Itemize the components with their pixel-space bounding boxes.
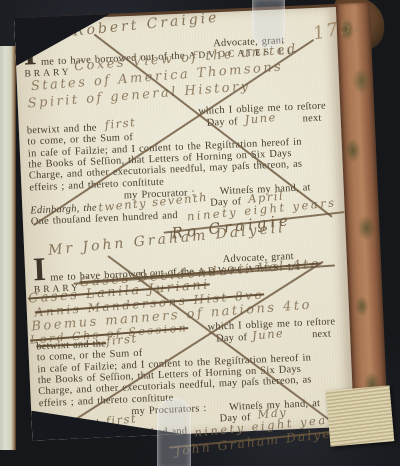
fore-edge-page-stack bbox=[326, 385, 395, 446]
printed-next: next bbox=[312, 328, 331, 340]
handwritten-due-month: June bbox=[251, 326, 284, 343]
book-page: I Mr Robert Craigie Advocate, grant me t… bbox=[14, 2, 388, 440]
facing-page-edge bbox=[0, 46, 16, 450]
handwritten-due-month: June bbox=[244, 110, 277, 127]
photo-background: I Mr Robert Craigie Advocate, grant me t… bbox=[0, 0, 400, 466]
handwritten-due-day: first bbox=[104, 115, 137, 132]
printed-next: next bbox=[302, 113, 321, 125]
borrowing-form-1: I Mr Robert Craigie Advocate, grant me t… bbox=[15, 21, 346, 247]
retention-strap-top bbox=[252, 0, 285, 48]
page-surface: I Mr Robert Craigie Advocate, grant me t… bbox=[14, 7, 354, 441]
dropcap-initial: I bbox=[32, 256, 46, 285]
retention-strap-bottom bbox=[157, 398, 191, 466]
handwritten-due-day: first bbox=[106, 331, 139, 348]
